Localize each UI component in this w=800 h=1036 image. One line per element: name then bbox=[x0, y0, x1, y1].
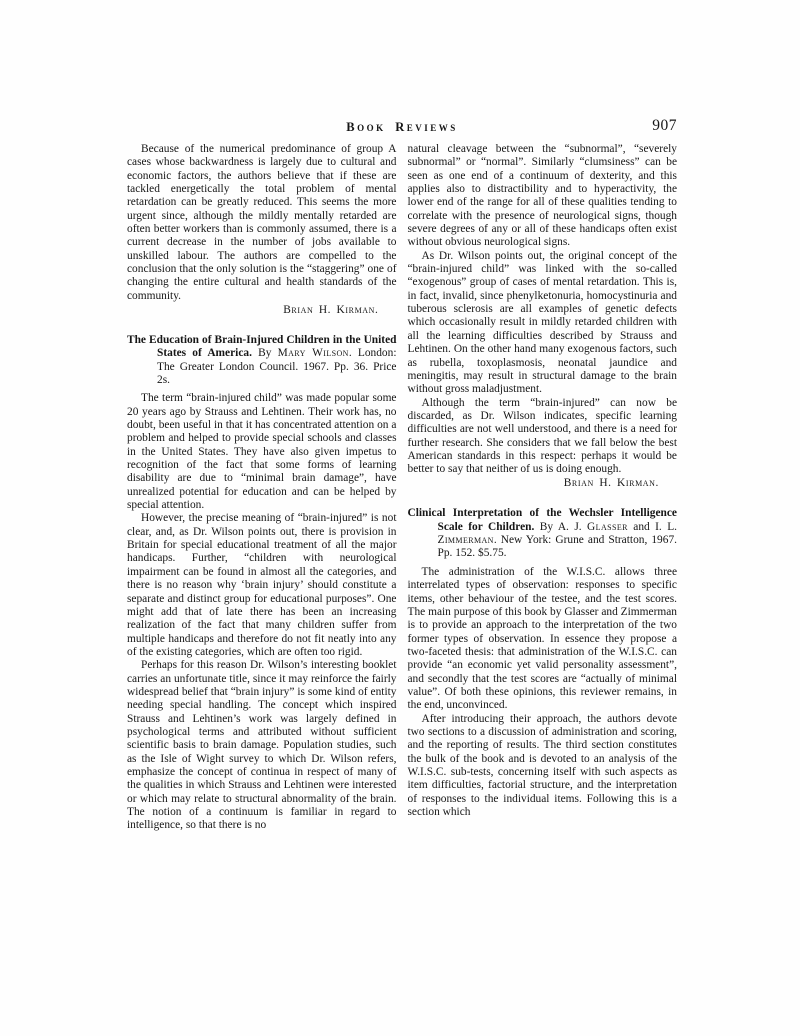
left-column: Because of the numerical predominance of… bbox=[127, 143, 397, 833]
review-byline: By bbox=[252, 347, 278, 359]
reviewer-signature: Brian H. Kirman. bbox=[127, 304, 397, 317]
running-head-title: Book Reviews bbox=[127, 120, 677, 135]
paragraph: However, the precise meaning of “brain-i… bbox=[127, 512, 397, 659]
review-author: Mary Wilson bbox=[278, 347, 349, 359]
paragraph: The term “brain-injured child” was made … bbox=[127, 392, 397, 512]
page-number: 907 bbox=[652, 117, 677, 135]
journal-page: Book Reviews 907 Because of the numerica… bbox=[0, 0, 800, 1036]
paragraph: Because of the numerical predominance of… bbox=[127, 143, 397, 303]
paragraph: As Dr. Wilson points out, the original c… bbox=[408, 250, 678, 397]
paragraph: natural cleavage between the “subnormal”… bbox=[408, 143, 678, 250]
review-author: Zimmerman bbox=[438, 534, 494, 546]
paragraph: The administration of the W.I.S.C. allow… bbox=[408, 566, 678, 713]
review-byline-mid: and I. L. bbox=[628, 521, 677, 533]
page-header: Book Reviews 907 bbox=[127, 120, 677, 142]
review-heading-clinical-interpretation-wisc: Clinical Interpretation of the Wechsler … bbox=[408, 507, 678, 560]
paragraph: After introducing their approach, the au… bbox=[408, 713, 678, 820]
review-heading-education-brain-injured: The Education of Brain-Injured Children … bbox=[127, 334, 397, 387]
paragraph: Perhaps for this reason Dr. Wilson’s int… bbox=[127, 659, 397, 832]
reviewer-signature: Brian H. Kirman. bbox=[408, 477, 678, 490]
right-column: natural cleavage between the “subnormal”… bbox=[408, 143, 678, 833]
paragraph: Although the term “brain-injured” can no… bbox=[408, 397, 678, 477]
two-column-layout: Because of the numerical predominance of… bbox=[127, 143, 677, 833]
review-author: Glasser bbox=[587, 521, 628, 533]
page-content: Book Reviews 907 Because of the numerica… bbox=[127, 120, 677, 833]
review-byline: By A. J. bbox=[534, 521, 587, 533]
